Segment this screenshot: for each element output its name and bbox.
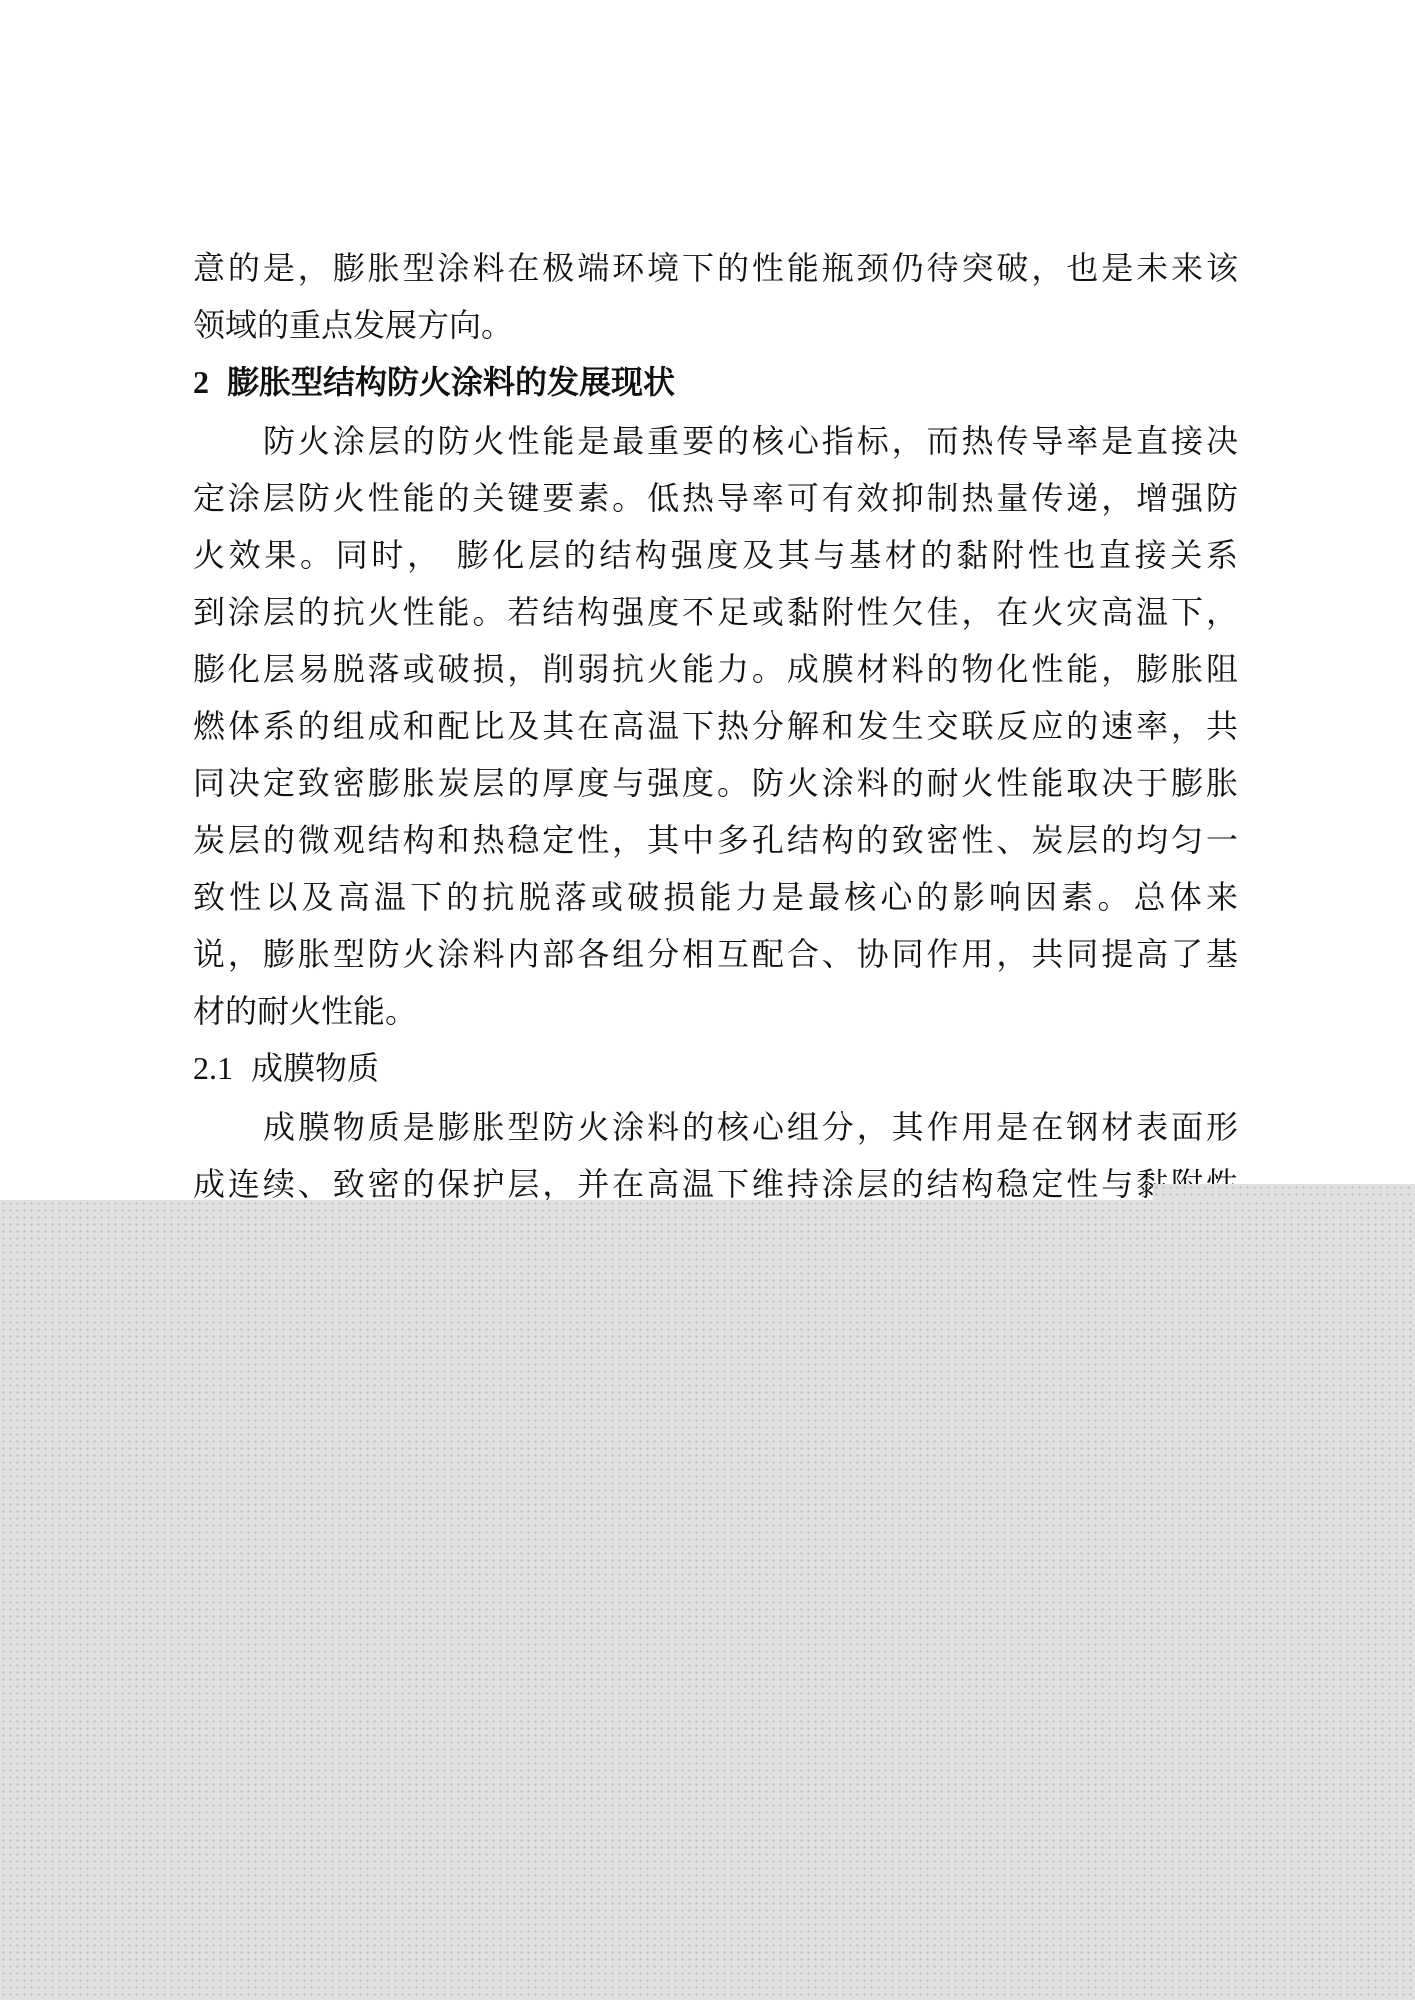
section-heading: 2膨胀型结构防火涂料的发展现状 [193, 358, 675, 406]
unrendered-region [0, 1200, 1415, 2000]
paragraph-line: 防火涂层的防火性能是最重要的核心指标，而热传导率是直接决 [263, 417, 1238, 465]
paragraph-line: 同决定致密膨胀炭层的厚度与强度。防火涂料的耐火性能取决于膨胀 [193, 759, 1238, 807]
paragraph-line: 意的是，膨胀型涂料在极端环境下的性能瓶颈仍待突破，也是未来该 [193, 244, 1238, 292]
paragraph-line: 定涂层防火性能的关键要素。低热导率可有效抑制热量传递，增强防 [193, 474, 1238, 522]
paragraph-line: 领域的重点发展方向。 [193, 301, 1238, 349]
paragraph-line: 炭层的微观结构和热稳定性，其中多孔结构的致密性、炭层的均匀一 [193, 816, 1238, 864]
subsection-number: 2.1 [193, 1050, 233, 1086]
subsection-heading: 2.1成膜物质 [193, 1044, 379, 1092]
section-title: 膨胀型结构防火涂料的发展现状 [227, 363, 675, 401]
paragraph-line: 火效果。同时， 膨化层的结构强度及其与基材的黏附性也直接关系 [193, 531, 1238, 579]
paragraph-line: 成膜物质是膨胀型防火涂料的核心组分，其作用是在钢材表面形 [263, 1103, 1238, 1151]
paragraph-line: 膨化层易脱落或破损，削弱抗火能力。成膜材料的物化性能，膨胀阻 [193, 645, 1238, 693]
paragraph-line: 燃体系的组成和配比及其在高温下热分解和发生交联反应的速率，共 [193, 702, 1238, 750]
paragraph-line: 到涂层的抗火性能。若结构强度不足或黏附性欠佳，在火灾高温下， [193, 588, 1238, 636]
paragraph-line: 致性以及高温下的抗脱落或破损能力是最核心的影响因素。总体来 [193, 873, 1238, 921]
paragraph-line: 说，膨胀型防火涂料内部各组分相互配合、协同作用，共同提高了基 [193, 930, 1238, 978]
section-number: 2 [193, 364, 209, 400]
paragraph-line: 材的耐火性能。 [193, 987, 1238, 1035]
document-page: 意的是，膨胀型涂料在极端环境下的性能瓶颈仍待突破，也是未来该 领域的重点发展方向… [0, 0, 1415, 2000]
unrendered-region-edge [1153, 1184, 1415, 1200]
subsection-title: 成膜物质 [251, 1049, 379, 1087]
